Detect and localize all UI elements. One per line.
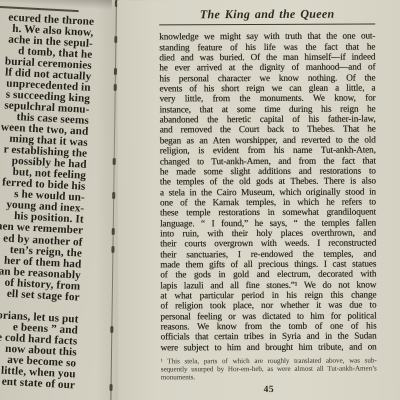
left-page-text: ecured the throneh. We also know,ache in… (0, 8, 94, 392)
footnote-line: sequently usurped by Hor-em-heb, as were… (161, 364, 377, 373)
body-text: knowledge we might say with truth that t… (159, 31, 376, 353)
title-rule (159, 23, 375, 25)
footnote-line: monuments. (161, 373, 377, 382)
stitch-mark (113, 68, 116, 75)
body-line: of religion took place, nor whether it w… (160, 300, 376, 311)
stitch-mark (111, 246, 114, 253)
body-line: these temple restorations in somewhat gr… (160, 207, 376, 218)
footnote: ¹ This stela, parts of which are roughly… (161, 356, 377, 382)
left-page: ecured the throneh. We also know,ache in… (0, 0, 95, 392)
stitch-mark (110, 326, 113, 333)
left-header-rule (0, 2, 79, 11)
stitch-mark (113, 84, 116, 91)
book-photo: ecured the throneh. We also know,ache in… (0, 0, 400, 400)
stitch-mark (111, 228, 114, 235)
running-head-title: The King and the Queen (159, 5, 375, 22)
stitch-mark (109, 384, 112, 391)
body-line: the temples of the old gods at Thebes. T… (160, 176, 376, 187)
body-line: their courts overgrown with weeds. I rec… (160, 238, 376, 249)
body-line: religion, is evident from his name Tut-a… (160, 145, 376, 156)
body-line: were subject to him and brought him trib… (161, 341, 377, 352)
body-line: he ever arrived at the dignity of manhoo… (159, 62, 375, 73)
body-line: very little, from the monuments. We know… (160, 93, 376, 104)
page-number: 45 (161, 384, 377, 397)
body-line: and removed the Court back to Thebes. Th… (160, 124, 376, 135)
stitch-mark (112, 158, 115, 165)
stitch-mark (112, 192, 115, 199)
body-line: of the gods in gold and electrum, decora… (160, 269, 376, 280)
body-line: knowledge we might say with truth that t… (159, 31, 375, 42)
right-page: The King and the Queen knowledge we migh… (117, 0, 400, 400)
body-line: changed to Tut-ankh-Amen, and from the f… (160, 155, 376, 166)
right-page-text-block: The King and the Queen knowledge we migh… (159, 5, 377, 396)
body-line: officials that certain tribes in Syria a… (161, 331, 377, 342)
